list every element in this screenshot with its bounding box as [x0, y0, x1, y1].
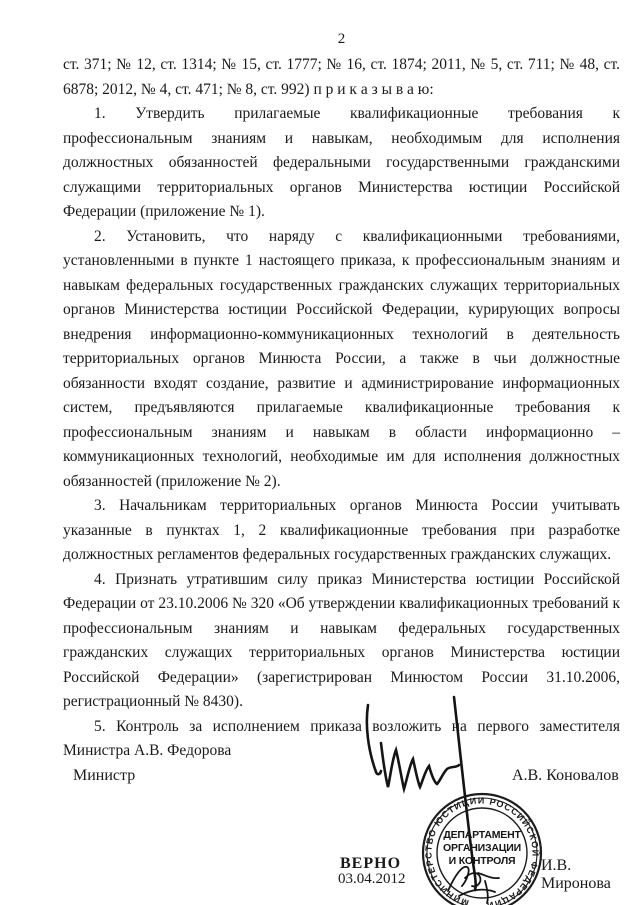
handwritten-signature-icon: [350, 680, 500, 905]
document-body: ст. 371; № 12, ст. 1314; № 15, ст. 1777;…: [63, 53, 620, 764]
paragraph-item-1: 1. Утвердить прилагаемые квалификационны…: [63, 102, 620, 225]
paragraph-continuation: ст. 371; № 12, ст. 1314; № 15, ст. 1777;…: [63, 53, 620, 102]
paragraph-item-4: 4. Признать утратившим силу приказ Минис…: [63, 568, 620, 715]
signer-name: А.В. Коновалов: [512, 767, 619, 785]
document-page: 2 ст. 371; № 12, ст. 1314; № 15, ст. 177…: [0, 0, 640, 905]
page-number: 2: [63, 31, 620, 48]
paragraph-item-3: 3. Начальникам территориальных органов М…: [63, 494, 620, 568]
paragraph-item-5: 5. Контроль за исполнением приказа возло…: [63, 715, 620, 764]
signer-title: Министр: [73, 767, 135, 785]
paragraph-item-2: 2. Установить, что наряду с квалификацио…: [63, 225, 620, 495]
